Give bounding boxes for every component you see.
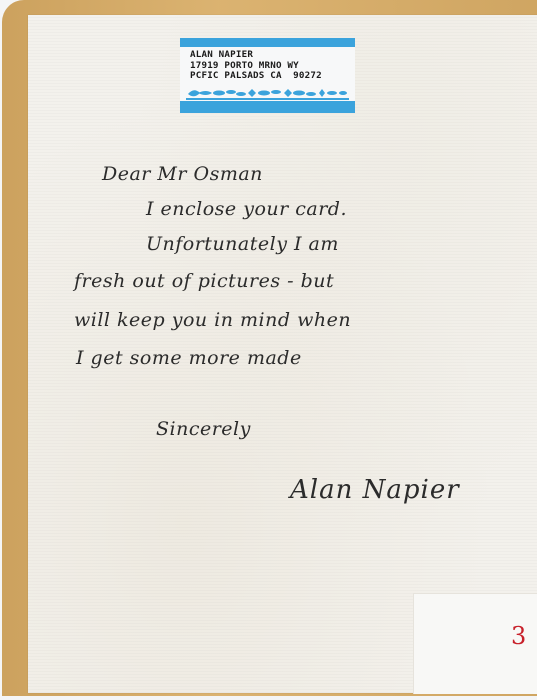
label-line-city: PCFIC PALSADS CA 90272 [190,71,322,82]
address-label: ALAN NAPIER17919 PORTO MRNO WYPCFIC PALS… [180,38,355,113]
floral-border-icon [186,87,349,100]
body-line-1: I enclose your card. [146,198,347,220]
signature: Alan Napier [290,475,460,505]
label-line-name: ALAN NAPIER [190,50,322,61]
label-address-lines: ALAN NAPIER17919 PORTO MRNO WYPCFIC PALS… [190,50,322,82]
closing: Sincerely [156,418,251,440]
body-line-4: will keep you in mind when [74,309,351,331]
white-paper-patch: 3 [413,593,537,694]
body-line-3: fresh out of pictures - but [74,270,334,292]
red-annotation: 3 [511,624,526,648]
body-line-2: Unfortunately I am [146,233,339,255]
letter-paper: ALAN NAPIER17919 PORTO MRNO WYPCFIC PALS… [28,15,537,693]
label-top-bar [180,38,355,47]
body-line-5: I get some more made [76,347,302,369]
label-bottom-bar [180,101,355,113]
salutation: Dear Mr Osman [102,163,263,185]
